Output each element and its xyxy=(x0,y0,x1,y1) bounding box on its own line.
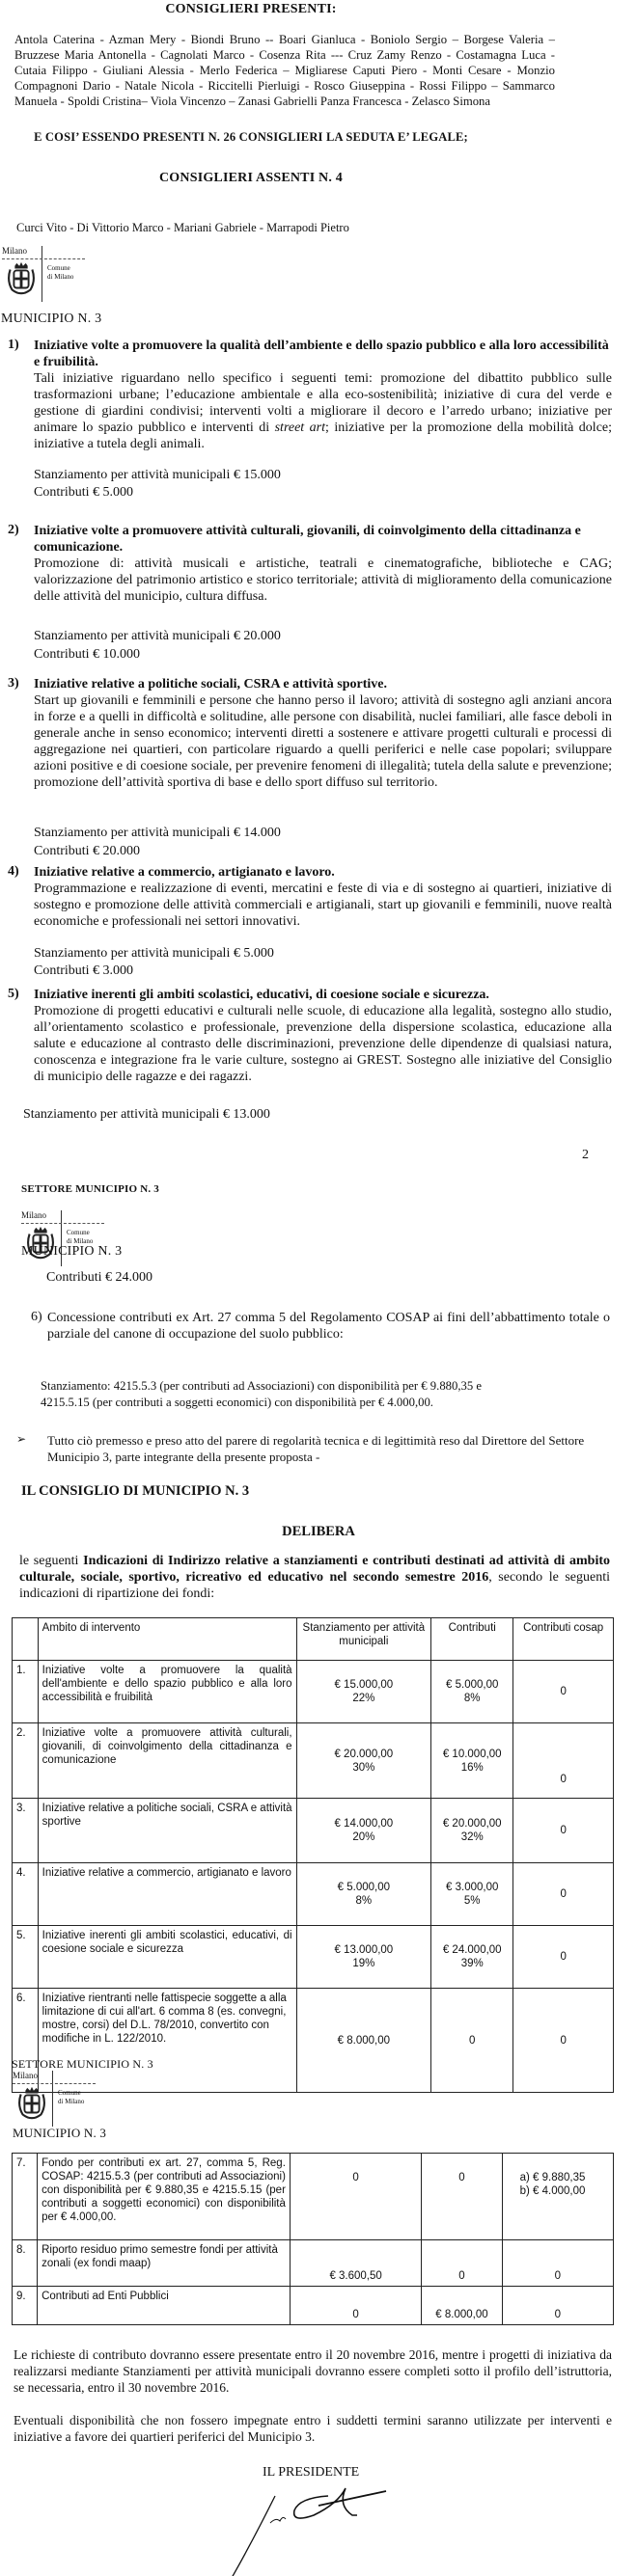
table-row: 6. Iniziative rientranti nelle fattispec… xyxy=(13,1989,614,2093)
table-row: 8. Riporto residuo primo semestre fondi … xyxy=(13,2240,614,2287)
table-row: 7. Fondo per contributi ex art. 27, comm… xyxy=(13,2154,614,2240)
section-title: Iniziative volte a promuovere la qualità… xyxy=(34,338,612,370)
settore-header: SETTORE MUNICIPIO N. 3 xyxy=(21,1183,159,1195)
delibera-intro: le seguenti Indicazioni di Indirizzo rel… xyxy=(19,1553,610,1602)
section-6-text: Concessione contributi ex Art. 27 comma … xyxy=(47,1310,610,1342)
section-4-contributi: Contributi € 3.000 xyxy=(34,963,133,979)
table-row: 5. Iniziative inerenti gli ambiti scolas… xyxy=(13,1926,614,1989)
section-2-stanziamento: Stanziamento per attività municipali € 2… xyxy=(34,628,281,644)
section-1-contributi: Contributi € 5.000 xyxy=(34,484,133,501)
table-row: 3. Iniziative relative a politiche socia… xyxy=(13,1799,614,1863)
present-title: CONSIGLIERI PRESENTI: xyxy=(0,2,502,17)
section-number: 6) xyxy=(31,1310,42,1325)
table-row: 2. Iniziative volte a promuovere attivit… xyxy=(13,1723,614,1799)
milano-coat-of-arms-icon xyxy=(3,260,40,297)
section-4-stanziamento: Stanziamento per attività municipali € 5… xyxy=(34,945,274,962)
section-2: 2) Iniziative volte a promuovere attivit… xyxy=(8,523,612,605)
section-title: Iniziative relative a commercio, artigia… xyxy=(34,864,612,881)
section-1-stanziamento: Stanziamento per attività municipali € 1… xyxy=(34,467,281,483)
municipio-label: MUNICIPIO N. 3 xyxy=(13,2126,106,2141)
section-5: 5) Iniziative inerenti gli ambiti scolas… xyxy=(8,987,612,1085)
section-5-contributi: Contributi € 24.000 xyxy=(46,1269,152,1286)
section-number: 5) xyxy=(8,987,29,1002)
present-names: Antola Caterina - Azman Mery - Biondi Br… xyxy=(14,32,555,109)
section-4: 4) Iniziative relative a commercio, arti… xyxy=(8,864,612,930)
header-stanziamento: Stanziamento per attività municipali xyxy=(296,1618,431,1661)
comune-milano-logo: Milano Comunedi Milano xyxy=(13,2071,99,2127)
section-6: 6) Concessione contributi ex Art. 27 com… xyxy=(31,1310,610,1342)
section-title: Iniziative relative a politiche sociali,… xyxy=(34,676,612,692)
section-2-contributi: Contributi € 10.000 xyxy=(34,646,140,663)
section-title: Iniziative volte a promuovere attività c… xyxy=(34,523,612,556)
arrow-bullet-icon: ➢ xyxy=(16,1432,26,1447)
table-row: 1. Iniziative volte a promuovere la qual… xyxy=(13,1661,614,1723)
quorum-statement: E COSI’ ESSENDO PRESENTI N. 26 CONSIGLIE… xyxy=(29,130,473,145)
header-contributi: Contributi xyxy=(431,1618,513,1661)
logo-city: Milano xyxy=(2,246,27,256)
section-5-stanziamento: Stanziamento per attività municipali € 1… xyxy=(23,1106,270,1123)
funding-table: Ambito di intervento Stanziamento per at… xyxy=(12,1617,614,2093)
section-3: 3) Iniziative relative a politiche socia… xyxy=(8,676,612,791)
table-row: 4. Iniziative relative a commercio, arti… xyxy=(13,1863,614,1926)
section-body: Promozione di progetti educativi e cultu… xyxy=(34,1003,612,1085)
section-3-contributi: Contributi € 20.000 xyxy=(34,843,140,859)
milano-coat-of-arms-icon xyxy=(14,2085,50,2122)
consiglio-title: IL CONSIGLIO DI MUNICIPIO N. 3 xyxy=(21,1483,249,1500)
section-body: Programmazione e realizzazione di eventi… xyxy=(34,881,612,930)
page-number: 2 xyxy=(582,1148,589,1163)
section-number: 1) xyxy=(8,338,29,353)
handwritten-signature-icon xyxy=(222,2477,396,2576)
header-ambito: Ambito di intervento xyxy=(38,1618,296,1661)
funding-table-continued: 7. Fondo per contributi ex art. 27, comm… xyxy=(12,2153,614,2325)
section-body: Tali iniziative riguardano nello specifi… xyxy=(34,370,612,452)
section-6-stanziamento: Stanziamento: 4215.5.3 (per contributi a… xyxy=(41,1378,482,1411)
closing-availability: Eventuali disponibilità che non fossero … xyxy=(14,2412,612,2445)
section-body: Promozione di: attività musicali e artis… xyxy=(34,556,612,605)
settore-header: SETTORE MUNICIPIO N. 3 xyxy=(12,2057,153,2072)
table-row: 9. Contributi ad Enti Pubblici 0 € 8.000… xyxy=(13,2287,614,2325)
logo-comune-line1: Comune xyxy=(47,264,70,272)
section-1: 1) Iniziative volte a promuovere la qual… xyxy=(8,338,612,452)
delibera-title: DELIBERA xyxy=(0,1524,637,1540)
section-body: Start up giovanili e femminili e persone… xyxy=(34,692,612,791)
table-header-row: Ambito di intervento Stanziamento per at… xyxy=(13,1618,614,1661)
premessa-text: Tutto ciò premesso e preso atto del pare… xyxy=(47,1432,610,1465)
logo-comune-line2: di Milano xyxy=(47,273,73,281)
absent-title: CONSIGLIERI ASSENTI N. 4 xyxy=(87,171,415,186)
section-3-stanziamento: Stanziamento per attività municipali € 1… xyxy=(34,825,281,841)
municipio-label: MUNICIPIO N. 3 xyxy=(1,312,101,327)
municipio-label: MUNICIPIO N. 3 xyxy=(21,1244,122,1260)
closing-deadlines: Le richieste di contributo dovranno esse… xyxy=(14,2346,612,2396)
section-number: 4) xyxy=(8,864,29,880)
absent-names: Curci Vito - Di Vittorio Marco - Mariani… xyxy=(16,221,349,235)
section-number: 3) xyxy=(8,676,29,691)
premessa-block: ➢ Tutto ciò premesso e preso atto del pa… xyxy=(16,1432,610,1465)
section-title: Iniziative inerenti gli ambiti scolastic… xyxy=(34,987,612,1003)
section-number: 2) xyxy=(8,523,29,538)
header-contributi-cosap: Contributi cosap xyxy=(513,1618,614,1661)
comune-milano-logo: Milano Comunedi Milano xyxy=(2,246,89,302)
